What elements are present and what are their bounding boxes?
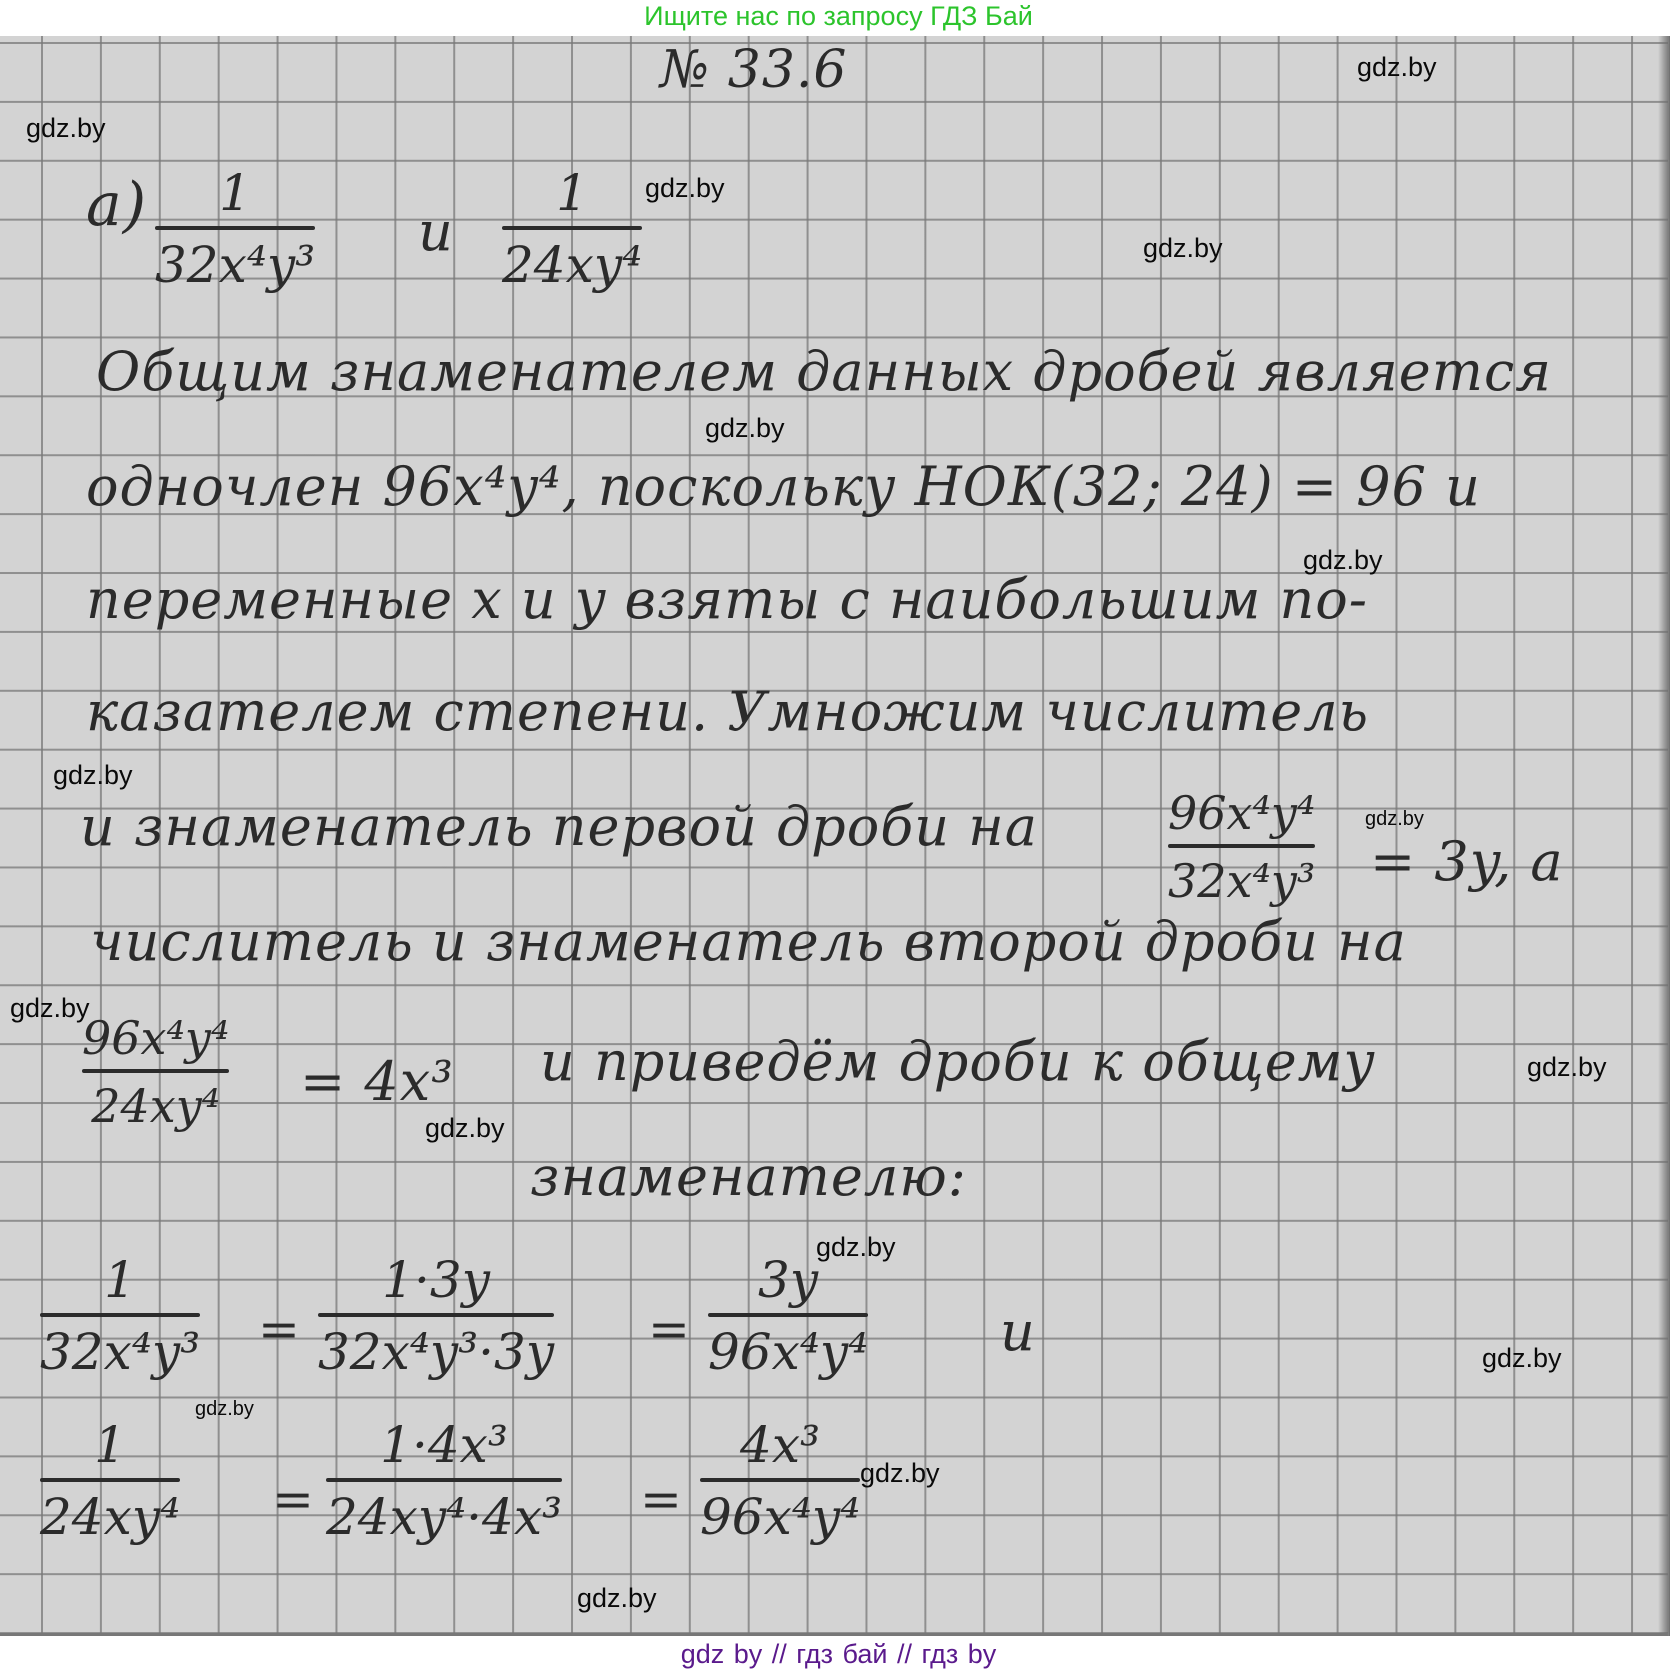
denominator: 96x⁴y⁴ <box>708 1327 868 1377</box>
numerator: 3y <box>758 1255 818 1305</box>
factor-fraction-2: 96x⁴y⁴ 24xy⁴ <box>82 1015 229 1129</box>
denominator: 96x⁴y⁴ <box>700 1492 860 1542</box>
fraction-bar <box>502 226 642 230</box>
numerator: 1 <box>104 1255 136 1305</box>
calc1-fraction-3: 3y 96x⁴y⁴ <box>708 1255 868 1377</box>
text-line-8: знаменателю: <box>530 1145 967 1208</box>
equals-sign: = <box>648 1300 690 1358</box>
watermark: gdz.by <box>1357 52 1437 83</box>
factor-result-1: = 3y, а <box>1370 830 1564 893</box>
part-label: а) <box>86 170 147 240</box>
calc2-fraction-2: 1·4x³ 24xy⁴·4x³ <box>326 1420 562 1542</box>
watermark: gdz.by <box>195 1398 254 1421</box>
conjunction: и <box>418 200 454 263</box>
equals-sign: = <box>272 1470 314 1528</box>
problem-number: № 33.6 <box>660 40 848 100</box>
given-fraction-2: 1 24xy⁴ <box>502 168 642 290</box>
watermark: gdz.by <box>705 413 785 444</box>
numerator: 1 <box>94 1420 126 1470</box>
watermark: gdz.by <box>1527 1052 1607 1083</box>
numerator: 96x⁴y⁴ <box>82 1015 229 1061</box>
numerator: 1·4x³ <box>380 1420 508 1470</box>
equals-sign: = <box>640 1470 682 1528</box>
watermark: gdz.by <box>10 993 90 1024</box>
fraction-bar <box>708 1313 868 1317</box>
fraction-bar <box>82 1069 229 1073</box>
text-line-6: числитель и знаменатель второй дроби на <box>90 910 1407 973</box>
fraction-bar <box>1168 844 1315 848</box>
denominator: 32x⁴y³ <box>40 1327 200 1377</box>
text-line-2: одночлен 96x⁴y⁴, поскольку НОК(32; 24) =… <box>86 455 1481 518</box>
watermark: gdz.by <box>53 760 133 791</box>
text-line-1: Общим знаменателем данных дробей являетс… <box>96 340 1552 403</box>
watermark: gdz.by <box>645 173 725 204</box>
numerator: 1 <box>219 168 251 218</box>
text-line-4: казателем степени. Умножим числитель <box>86 680 1369 743</box>
numerator: 1·3y <box>382 1255 490 1305</box>
watermark: gdz.by <box>1303 545 1383 576</box>
footer-links[interactable]: gdz by // гдз бай // гдз by <box>0 1638 1677 1671</box>
denominator: 24xy⁴ <box>502 240 642 290</box>
factor-fraction-1: 96x⁴y⁴ 32x⁴y³ <box>1168 790 1315 904</box>
fraction-bar <box>700 1478 860 1482</box>
watermark: gdz.by <box>1143 233 1223 264</box>
given-fraction-1: 1 32x⁴y³ <box>155 168 315 290</box>
denominator: 32x⁴y³ <box>155 240 315 290</box>
calc2-fraction-1: 1 24xy⁴ <box>40 1420 180 1542</box>
denominator: 24xy⁴·4x³ <box>326 1492 562 1542</box>
conjunction: и <box>1000 1300 1036 1363</box>
search-banner[interactable]: Ищите нас по запросу ГДЗ Бай <box>0 0 1677 36</box>
equals-sign: = <box>258 1300 300 1358</box>
numerator: 4x³ <box>740 1420 820 1470</box>
calc1-fraction-1: 1 32x⁴y³ <box>40 1255 200 1377</box>
watermark: gdz.by <box>1482 1343 1562 1374</box>
text-line-7: и приведём дроби к общему <box>540 1030 1376 1093</box>
denominator: 24xy⁴ <box>40 1492 180 1542</box>
calc1-fraction-2: 1·3y 32x⁴y³·3y <box>318 1255 554 1377</box>
page-edge-shadow <box>1658 36 1670 1636</box>
denominator: 32x⁴y³·3y <box>318 1327 554 1377</box>
denominator: 24xy⁴ <box>91 1083 220 1129</box>
text-line-3: переменные x и y взяты с наибольшим по- <box>86 568 1368 631</box>
fraction-bar <box>40 1478 180 1482</box>
page-bottom-edge <box>0 1633 1668 1636</box>
watermark: gdz.by <box>816 1232 896 1263</box>
watermark: gdz.by <box>425 1113 505 1144</box>
numerator: 1 <box>556 168 588 218</box>
watermark: gdz.by <box>26 113 106 144</box>
watermark: gdz.by <box>860 1458 940 1489</box>
numerator: 96x⁴y⁴ <box>1168 790 1315 836</box>
denominator: 32x⁴y³ <box>1168 858 1315 904</box>
factor-result-2: = 4x³ <box>300 1050 454 1113</box>
fraction-bar <box>40 1313 200 1317</box>
text-line-5: и знаменатель первой дроби на <box>80 795 1038 858</box>
fraction-bar <box>155 226 315 230</box>
fraction-bar <box>326 1478 562 1482</box>
watermark: gdz.by <box>1365 808 1424 831</box>
calc2-fraction-3: 4x³ 96x⁴y⁴ <box>700 1420 860 1542</box>
fraction-bar <box>318 1313 554 1317</box>
watermark: gdz.by <box>577 1583 657 1614</box>
